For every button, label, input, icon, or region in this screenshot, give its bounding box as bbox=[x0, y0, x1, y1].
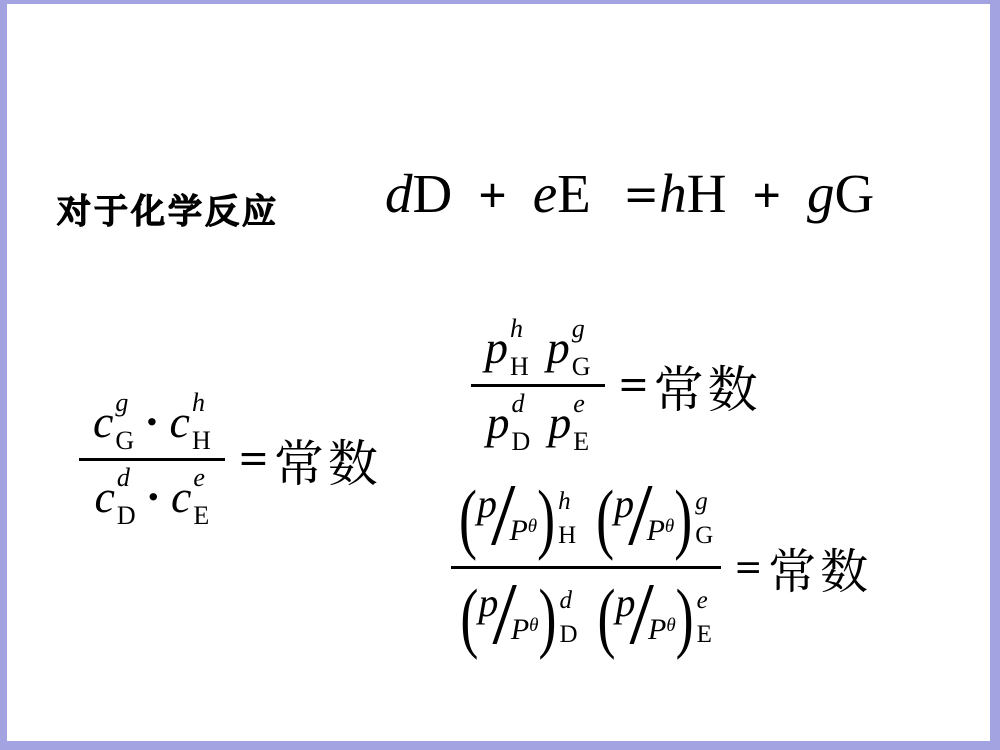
slide-frame: 对于化学反应 dD + eE = hH + gG c g G bbox=[0, 0, 1000, 750]
fraction: p h H p g G bbox=[471, 316, 605, 455]
equals-sign: = bbox=[736, 544, 762, 591]
symbol-c: c bbox=[170, 399, 190, 445]
fraction-numerator: p h H p g G bbox=[471, 316, 605, 380]
symbol-p: p bbox=[486, 400, 509, 446]
theta-superscript: θ bbox=[529, 615, 538, 636]
superscript: e bbox=[573, 391, 585, 417]
superscript: g bbox=[695, 489, 708, 514]
standard-pressure-symbol: Pθ bbox=[509, 516, 537, 546]
math-term: ( p / Pθ ) d D bbox=[460, 573, 577, 661]
species-D: D bbox=[413, 162, 453, 225]
constant-label: 常数 bbox=[274, 424, 382, 496]
relative-pressure-equilibrium-formula: ( p / Pθ ) h H ( p / Pθ bbox=[451, 474, 872, 661]
close-paren: ) bbox=[676, 578, 694, 656]
math-term: p g G bbox=[547, 316, 591, 380]
standard-pressure-symbol: Pθ bbox=[511, 615, 539, 645]
fraction-denominator: p d D p e E bbox=[472, 391, 603, 455]
subscript: G bbox=[695, 523, 713, 548]
plus-sign: + bbox=[478, 166, 507, 224]
superscript: g bbox=[572, 316, 585, 342]
reaction-equation: dD + eE = hH + gG bbox=[385, 162, 874, 225]
constant-label: 常数 bbox=[654, 350, 762, 422]
symbol-p: p bbox=[547, 325, 570, 371]
equals-sign: = bbox=[625, 166, 658, 224]
open-paren: ( bbox=[596, 479, 614, 557]
theta-superscript: θ bbox=[665, 516, 674, 537]
math-term: p h H bbox=[485, 316, 529, 380]
sup-sub-stack: g G bbox=[695, 489, 713, 548]
pressure-equilibrium-formula: p h H p g G bbox=[471, 316, 762, 455]
subscript: D bbox=[511, 429, 530, 455]
subscript: E bbox=[697, 622, 712, 647]
theta-superscript: θ bbox=[666, 615, 675, 636]
subscript: D bbox=[559, 622, 577, 647]
fraction: ( p / Pθ ) h H ( p / Pθ bbox=[451, 474, 721, 661]
math-term: c h H bbox=[170, 390, 211, 454]
coefficient-d: d bbox=[385, 162, 413, 225]
sup-sub-stack: h H bbox=[192, 390, 211, 454]
superscript: h bbox=[510, 316, 523, 342]
close-paren: ) bbox=[539, 578, 557, 656]
subscript: G bbox=[115, 428, 134, 454]
slide-content: 对于化学反应 dD + eE = hH + gG c g G bbox=[7, 4, 990, 741]
subscript: H bbox=[510, 354, 529, 380]
sup-sub-stack: e E bbox=[193, 465, 209, 529]
open-paren: ( bbox=[598, 578, 616, 656]
sup-sub-stack: e E bbox=[697, 588, 712, 647]
math-term: c e E bbox=[171, 465, 209, 529]
sup-sub-stack: h H bbox=[558, 489, 576, 548]
symbol-c: c bbox=[93, 399, 113, 445]
slide-title: 对于化学反应 bbox=[57, 184, 279, 233]
subscript: D bbox=[117, 503, 136, 529]
symbol-c: c bbox=[171, 474, 191, 520]
superscript: g bbox=[115, 390, 128, 416]
math-term: ( p / Pθ ) g G bbox=[596, 474, 713, 562]
equals-sign: = bbox=[239, 434, 268, 485]
subscript: G bbox=[572, 354, 591, 380]
fraction-denominator: ( p / Pθ ) d D ( p / Pθ bbox=[452, 573, 720, 661]
species-H: H bbox=[687, 162, 727, 225]
standard-pressure-symbol: Pθ bbox=[648, 615, 676, 645]
math-term: ( p / Pθ ) h H bbox=[459, 474, 576, 562]
superscript: h bbox=[558, 489, 571, 514]
fraction-bar bbox=[471, 384, 605, 387]
math-term: p d D bbox=[486, 391, 530, 455]
multiplication-dot: · bbox=[146, 474, 161, 520]
math-term: ( p / Pθ ) e E bbox=[598, 573, 712, 661]
close-paren: ) bbox=[537, 479, 555, 557]
subscript: E bbox=[193, 503, 209, 529]
subscript: H bbox=[558, 523, 576, 548]
superscript: h bbox=[192, 390, 205, 416]
open-paren: ( bbox=[459, 479, 477, 557]
coefficient-h: h bbox=[659, 162, 687, 225]
superscript: e bbox=[193, 465, 205, 491]
sup-sub-stack: g G bbox=[115, 390, 134, 454]
species-G: G bbox=[835, 162, 875, 225]
open-paren: ( bbox=[460, 578, 478, 656]
sup-sub-stack: h H bbox=[510, 316, 529, 380]
species-E: E bbox=[557, 162, 591, 225]
superscript: d bbox=[117, 465, 130, 491]
sup-sub-stack: e E bbox=[573, 391, 589, 455]
superscript: e bbox=[697, 588, 708, 613]
fraction-numerator: ( p / Pθ ) h H ( p / Pθ bbox=[451, 474, 721, 562]
constant-label: 常数 bbox=[768, 533, 872, 602]
sup-sub-stack: g G bbox=[572, 316, 591, 380]
theta-superscript: θ bbox=[528, 516, 537, 537]
sup-sub-stack: d D bbox=[117, 465, 136, 529]
symbol-P: P bbox=[647, 514, 665, 547]
symbol-P: P bbox=[509, 514, 527, 547]
symbol-p: p bbox=[548, 400, 571, 446]
multiplication-dot: · bbox=[144, 399, 159, 445]
superscript: d bbox=[511, 391, 524, 417]
standard-pressure-symbol: Pθ bbox=[647, 516, 675, 546]
fraction-bar bbox=[79, 458, 225, 461]
subscript: E bbox=[573, 429, 589, 455]
fraction-numerator: c g G · c h H bbox=[79, 390, 225, 454]
sup-sub-stack: d D bbox=[559, 588, 577, 647]
symbol-P: P bbox=[511, 613, 529, 646]
symbol-P: P bbox=[648, 613, 666, 646]
math-term: c g G bbox=[93, 390, 134, 454]
close-paren: ) bbox=[674, 479, 692, 557]
math-term: p e E bbox=[548, 391, 589, 455]
plus-sign: + bbox=[753, 166, 782, 224]
subscript: H bbox=[192, 428, 211, 454]
symbol-c: c bbox=[94, 474, 114, 520]
equals-sign: = bbox=[619, 360, 648, 411]
coefficient-e: e bbox=[533, 162, 557, 225]
math-term: c d D bbox=[94, 465, 135, 529]
fraction: c g G · c h H bbox=[79, 390, 225, 529]
symbol-p: p bbox=[485, 325, 508, 371]
concentration-equilibrium-formula: c g G · c h H bbox=[79, 390, 382, 529]
sup-sub-stack: d D bbox=[511, 391, 530, 455]
coefficient-g: g bbox=[807, 162, 835, 225]
fraction-denominator: c d D · c e E bbox=[80, 465, 223, 529]
superscript: d bbox=[559, 588, 572, 613]
